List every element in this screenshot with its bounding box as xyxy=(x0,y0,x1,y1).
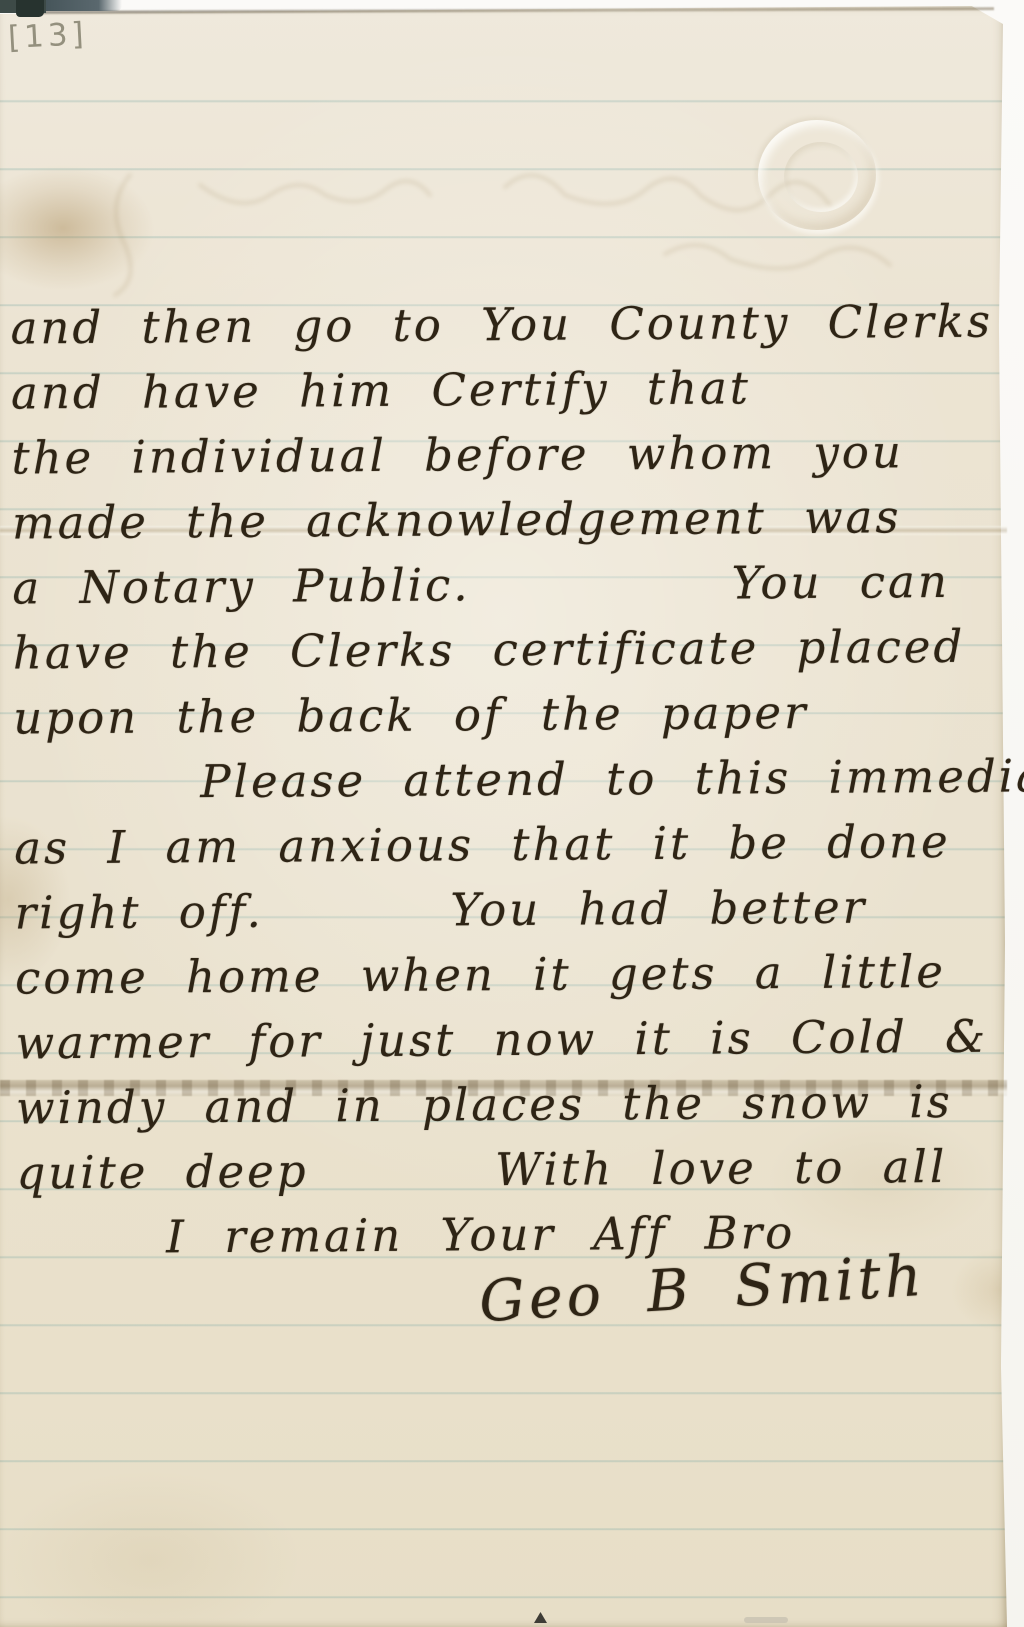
embossed-seal-icon xyxy=(758,120,876,230)
letter-line: have the Clerks certificate placed xyxy=(13,614,1009,686)
letter-line: Please attend to this immediately xyxy=(14,744,1010,816)
letter-line: warmer for just now it is Cold & xyxy=(15,1004,1011,1076)
scanned-letter-page: [13] and then go to You County Clerks an… xyxy=(0,0,1024,1627)
letter-line: and then go to You County Clerks xyxy=(10,289,1006,361)
binder-clip-tab xyxy=(16,0,44,17)
letter-line: made the acknowledgement was xyxy=(12,484,1008,556)
letter-line: upon the back of the paper xyxy=(13,679,1009,751)
binder-clip-icon xyxy=(44,0,122,11)
paper-smudge xyxy=(744,1617,788,1623)
letter-line: as I am anxious that it be done xyxy=(14,809,1010,881)
letter-line: come home when it gets a little xyxy=(15,939,1011,1011)
letter-line: and have him Certify that xyxy=(11,354,1007,426)
letter-line: quite deep With love to all xyxy=(16,1134,1012,1206)
letter-text: and then go to You County Clerks and hav… xyxy=(10,289,1013,1339)
letter-line: the individual before whom you xyxy=(11,419,1007,491)
letter-line: right off. You had better xyxy=(14,874,1010,946)
letter-line: windy and in places the snow is xyxy=(16,1069,1012,1141)
page-number-annotation: [13] xyxy=(7,16,88,56)
letter-line: a Notary Public. You can xyxy=(12,549,1008,621)
